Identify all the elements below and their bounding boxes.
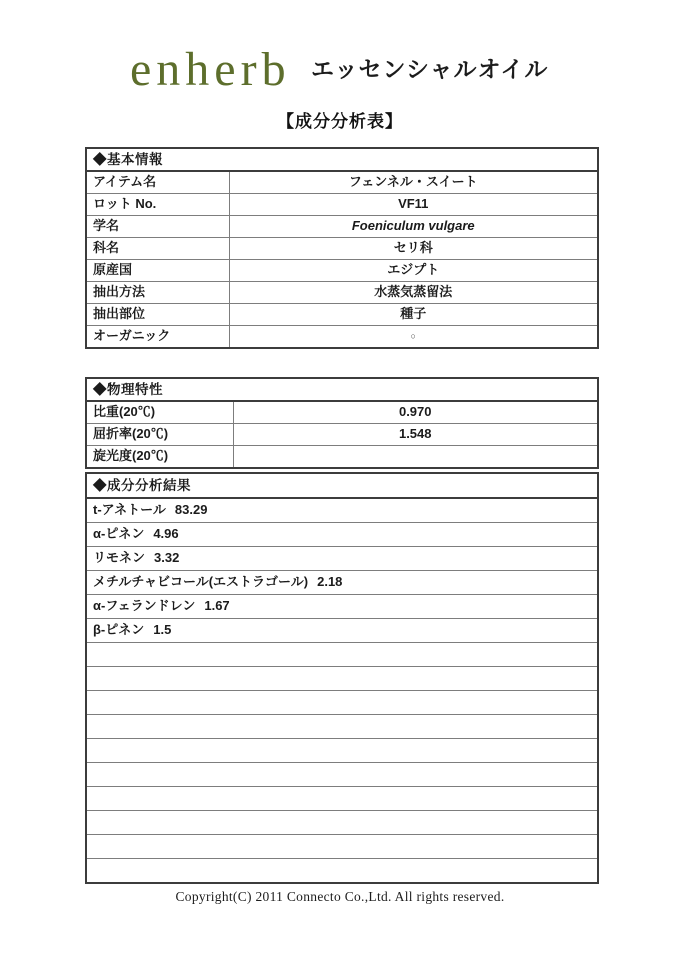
field-label: 旋光度(20℃) xyxy=(86,446,233,469)
component-value: 2.18 xyxy=(317,574,342,589)
component-row: t-アネトール83.29 xyxy=(86,498,598,523)
field-value: セリ科 xyxy=(229,238,598,260)
field-label: 学名 xyxy=(86,216,229,238)
section-header-row: ◆物理特性 xyxy=(86,378,598,401)
table-row: 抽出部位 種子 xyxy=(86,304,598,326)
component-name: α-フェランドレン xyxy=(93,598,195,613)
component-row: α-ピネン4.96 xyxy=(86,523,598,547)
field-value: 0.970 xyxy=(233,401,598,424)
field-label: 屈折率(20℃) xyxy=(86,424,233,446)
field-value xyxy=(233,446,598,469)
section-title: ◆基本情報 xyxy=(86,148,598,171)
field-value: 種子 xyxy=(229,304,598,326)
field-value: 1.548 xyxy=(233,424,598,446)
component-name: t-アネトール xyxy=(93,502,166,517)
document-page: enherb エッセンシャルオイル 【成分分析表】 ◆基本情報 アイテム名 フェ… xyxy=(0,0,680,962)
field-label: 原産国 xyxy=(86,260,229,282)
empty-row xyxy=(86,859,598,884)
component-row: メチルチャビコール(エストラゴール)2.18 xyxy=(86,571,598,595)
empty-row xyxy=(86,643,598,667)
field-label: 抽出方法 xyxy=(86,282,229,304)
table-row: ロット No. VF11 xyxy=(86,194,598,216)
empty-row xyxy=(86,811,598,835)
empty-row xyxy=(86,739,598,763)
empty-row xyxy=(86,787,598,811)
physical-properties-section: ◆物理特性 比重(20℃) 0.970 屈折率(20℃) 1.548 旋光度(2… xyxy=(85,377,599,469)
component-name: メチルチャビコール(エストラゴール) xyxy=(93,574,308,589)
component-row: β-ピネン1.5 xyxy=(86,619,598,643)
section-header-row: ◆基本情報 xyxy=(86,148,598,171)
table-row: 比重(20℃) 0.970 xyxy=(86,401,598,424)
empty-row xyxy=(86,691,598,715)
section-header-row: ◆成分分析結果 xyxy=(86,473,598,498)
component-value: 3.32 xyxy=(154,550,179,565)
table-row: 屈折率(20℃) 1.548 xyxy=(86,424,598,446)
field-label: 抽出部位 xyxy=(86,304,229,326)
component-name: β-ピネン xyxy=(93,622,144,637)
section-title: ◆物理特性 xyxy=(86,378,598,401)
field-label: アイテム名 xyxy=(86,171,229,194)
section-title: ◆成分分析結果 xyxy=(86,473,598,498)
empty-row xyxy=(86,835,598,859)
basic-info-table: ◆基本情報 アイテム名 フェンネル・スイート ロット No. VF11 学名 F… xyxy=(85,147,599,349)
field-value: VF11 xyxy=(229,194,598,216)
footer-copyright: Copyright(C) 2011 Connecto Co.,Ltd. All … xyxy=(0,889,680,905)
physical-properties-table: ◆物理特性 比重(20℃) 0.970 屈折率(20℃) 1.548 旋光度(2… xyxy=(85,377,599,469)
field-label: ロット No. xyxy=(86,194,229,216)
table-row: 科名 セリ科 xyxy=(86,238,598,260)
component-value: 1.5 xyxy=(153,622,171,637)
component-row: α-フェランドレン1.67 xyxy=(86,595,598,619)
field-value: エジプト xyxy=(229,260,598,282)
empty-row xyxy=(86,763,598,787)
empty-row xyxy=(86,667,598,691)
field-label: 比重(20℃) xyxy=(86,401,233,424)
empty-row xyxy=(86,715,598,739)
table-row: オーガニック ○ xyxy=(86,326,598,349)
component-value: 83.29 xyxy=(175,502,208,517)
component-name: リモネン xyxy=(93,550,145,565)
analysis-results-table: ◆成分分析結果 t-アネトール83.29 α-ピネン4.96 リモネン3.32 … xyxy=(85,472,599,884)
component-row: リモネン3.32 xyxy=(86,547,598,571)
table-row: 旋光度(20℃) xyxy=(86,446,598,469)
doc-title: 【成分分析表】 xyxy=(0,107,680,132)
basic-info-section: ◆基本情報 アイテム名 フェンネル・スイート ロット No. VF11 学名 F… xyxy=(85,147,599,349)
product-line-title: エッセンシャルオイル xyxy=(311,56,548,84)
component-name: α-ピネン xyxy=(93,526,144,541)
field-value: フェンネル・スイート xyxy=(229,171,598,194)
organic-mark: ○ xyxy=(229,326,598,349)
field-value: 水蒸気蒸留法 xyxy=(229,282,598,304)
enherb-logo: enherb xyxy=(130,46,291,94)
table-row: 原産国 エジプト xyxy=(86,260,598,282)
table-row: アイテム名 フェンネル・スイート xyxy=(86,171,598,194)
field-label: 科名 xyxy=(86,238,229,260)
component-value: 1.67 xyxy=(204,598,229,613)
table-row: 抽出方法 水蒸気蒸留法 xyxy=(86,282,598,304)
analysis-results-section: ◆成分分析結果 t-アネトール83.29 α-ピネン4.96 リモネン3.32 … xyxy=(85,472,599,884)
field-label: オーガニック xyxy=(86,326,229,349)
table-row: 学名 Foeniculum vulgare xyxy=(86,216,598,238)
component-value: 4.96 xyxy=(153,526,178,541)
field-value-scientific-name: Foeniculum vulgare xyxy=(229,216,598,238)
